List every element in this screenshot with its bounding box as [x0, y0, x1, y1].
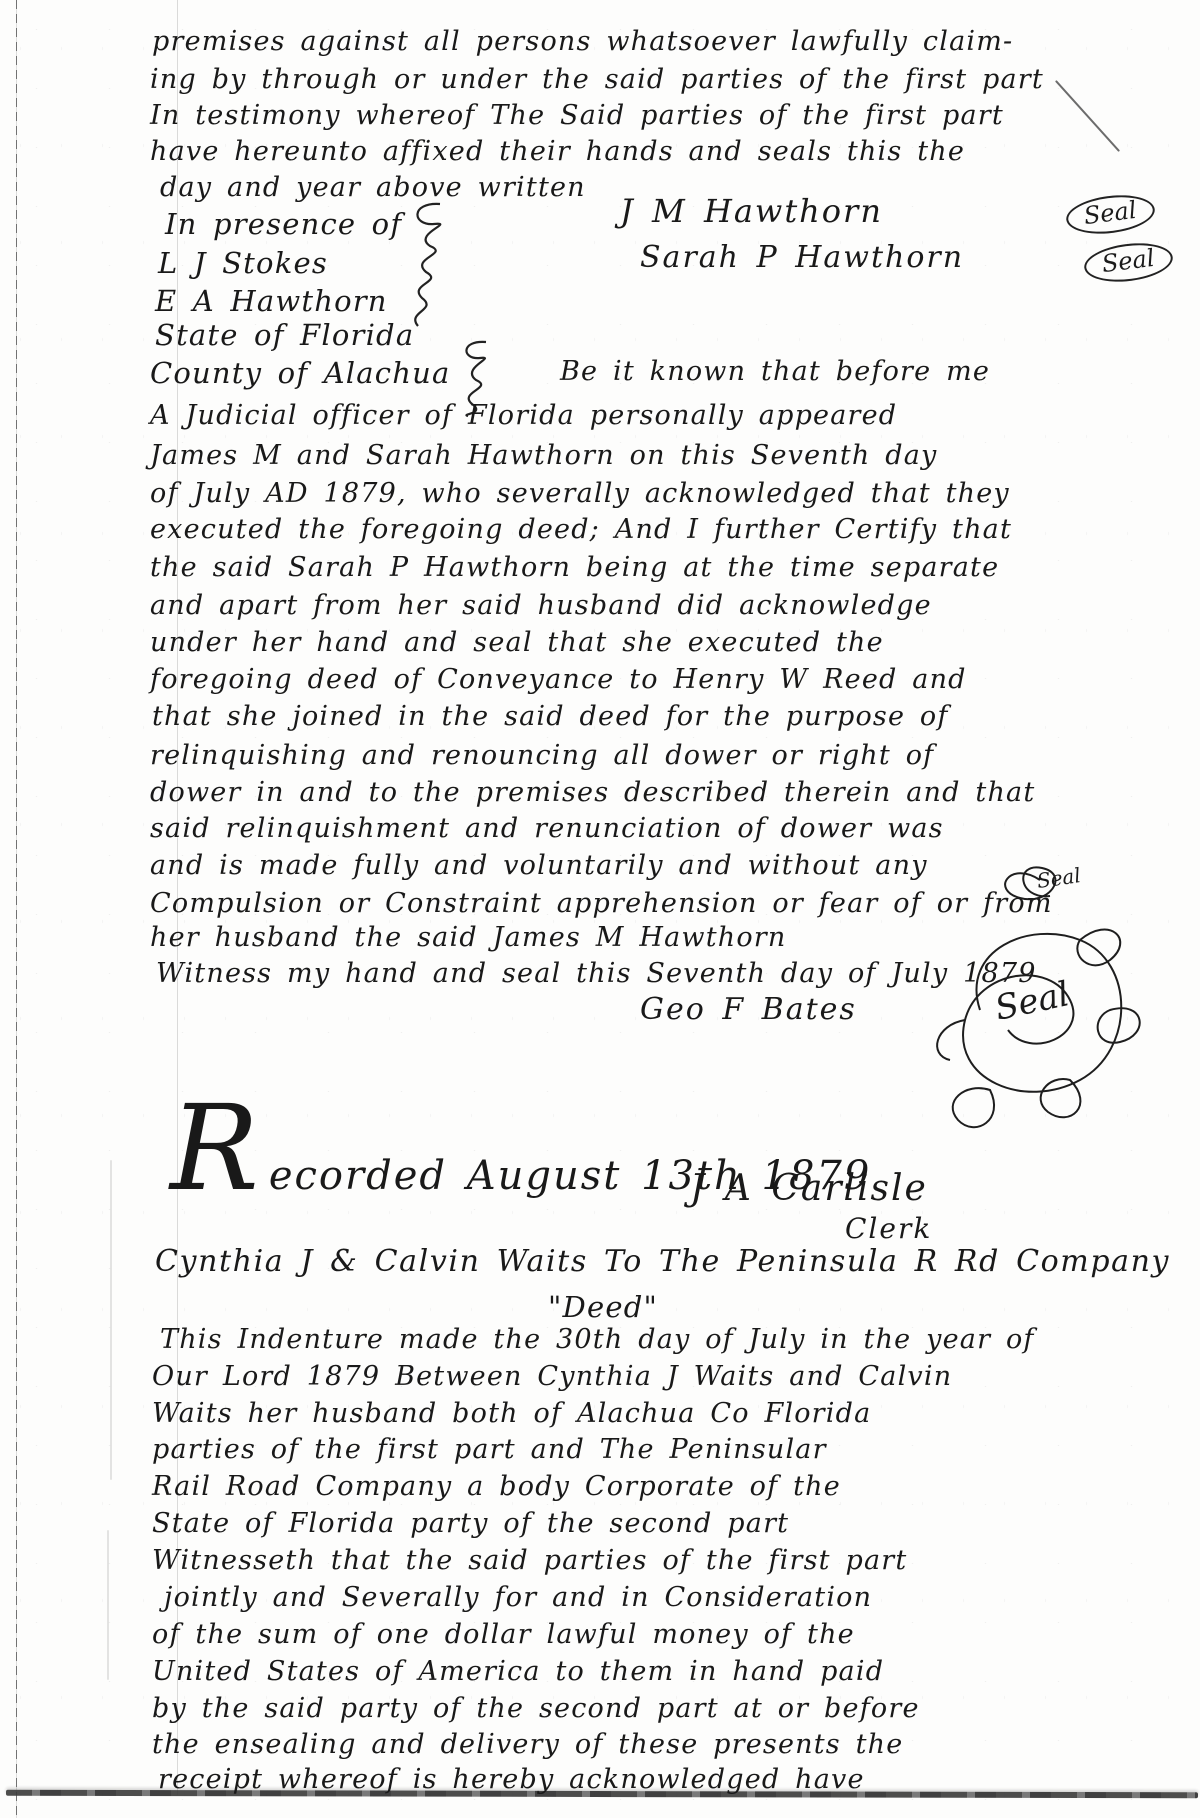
handwritten-line: United States of America to them in hand… [152, 1656, 884, 1687]
presence-label: In presence of [165, 207, 402, 241]
seal-text: Seal [1035, 863, 1082, 893]
scan-left-edge-line [16, 0, 17, 1818]
handwritten-line: executed the foregoing deed; And I furth… [150, 514, 1012, 545]
handwritten-line: Witness my hand and seal this Seventh da… [156, 958, 1037, 989]
handwritten-line: State of Florida party of the second par… [152, 1508, 789, 1539]
witness-name: E A Hawthorn [155, 284, 388, 318]
handwritten-line: In testimony whereof The Said parties of… [150, 100, 1004, 131]
stray-pen-mark [1055, 80, 1120, 152]
handwritten-line: foregoing deed of Conveyance to Henry W … [150, 664, 967, 695]
handwritten-line: her husband the said James M Hawthorn [150, 922, 787, 953]
seal-text: Seal [1082, 196, 1138, 230]
notary-seal-scribble: Seal Seal [920, 860, 1150, 1160]
witness-name: L J Stokes [158, 246, 328, 280]
handwritten-line: Waits her husband both of Alachua Co Flo… [152, 1398, 871, 1429]
clerk-signature: J A Carlisle [690, 1168, 928, 1209]
deed-subtitle: "Deed" [548, 1290, 658, 1324]
handwritten-line: relinquishing and renouncing all dower o… [150, 740, 934, 771]
handwritten-line: jointly and Severally for and in Conside… [164, 1582, 872, 1613]
paper-fold-crease [107, 1530, 109, 1680]
notary-signature: Geo F Bates [640, 992, 857, 1027]
handwritten-line: A Judicial officer of Florida personally… [150, 400, 897, 431]
handwritten-line: Rail Road Company a body Corporate of th… [152, 1471, 841, 1502]
handwritten-line: of the sum of one dollar lawful money of… [152, 1619, 855, 1650]
seal-text: Seal [1100, 244, 1156, 278]
handwritten-line: This Indenture made the 30th day of July… [160, 1324, 1035, 1355]
seal-badge: Seal [1064, 191, 1156, 239]
handwritten-line: of July AD 1879, who severally acknowled… [150, 478, 1010, 509]
handwritten-line: the said Sarah P Hawthorn being at the t… [150, 552, 999, 583]
handwritten-line: Compulsion or Constraint apprehension or… [150, 888, 1053, 919]
handwritten-line: and is made fully and voluntarily and wi… [150, 850, 928, 881]
handwritten-line: Witnesseth that the said parties of the … [152, 1545, 907, 1576]
handwritten-line: said relinquishment and renunciation of … [150, 813, 944, 844]
handwritten-line: James M and Sarah Hawthorn on this Seven… [150, 440, 938, 471]
seal-text: Seal [992, 974, 1073, 1029]
state-line: State of Florida [155, 318, 414, 352]
handwritten-line: ing by through or under the said parties… [150, 64, 1044, 95]
handwritten-line: by the said party of the second part at … [152, 1693, 920, 1724]
handwritten-line: receipt whereof is hereby acknowledged h… [158, 1764, 865, 1795]
handwritten-line: dower in and to the premises described t… [150, 777, 1035, 808]
handwritten-line: parties of the first part and The Penins… [152, 1434, 827, 1465]
handwritten-line: and apart from her said husband did ackn… [150, 590, 932, 621]
paper-fold-crease [110, 1160, 112, 1480]
handwritten-line: the ensealing and delivery of these pres… [152, 1729, 903, 1760]
county-line: County of Alachua [150, 356, 450, 390]
deed-heading: Cynthia J & Calvin Waits To The Peninsul… [155, 1244, 1170, 1279]
clerk-title: Clerk [845, 1212, 932, 1245]
scanned-deed-page: premises against all persons whatsoever … [0, 0, 1200, 1818]
handwritten-line: have hereunto affixed their hands and se… [150, 136, 965, 167]
handwritten-line: Be it known that before me [560, 356, 990, 387]
handwritten-line: Our Lord 1879 Between Cynthia J Waits an… [152, 1361, 952, 1392]
handwritten-line: that she joined in the said deed for the… [152, 701, 949, 732]
handwritten-line: under her hand and seal that she execute… [150, 627, 884, 658]
signer-signature: J M Hawthorn [620, 192, 883, 230]
handwritten-line: day and year above written [160, 172, 586, 203]
brace-coil-icon [400, 200, 460, 330]
seal-badge: Seal [1082, 239, 1174, 287]
handwritten-line: premises against all persons whatsoever … [152, 26, 1013, 57]
signer-signature: Sarah P Hawthorn [640, 240, 964, 275]
